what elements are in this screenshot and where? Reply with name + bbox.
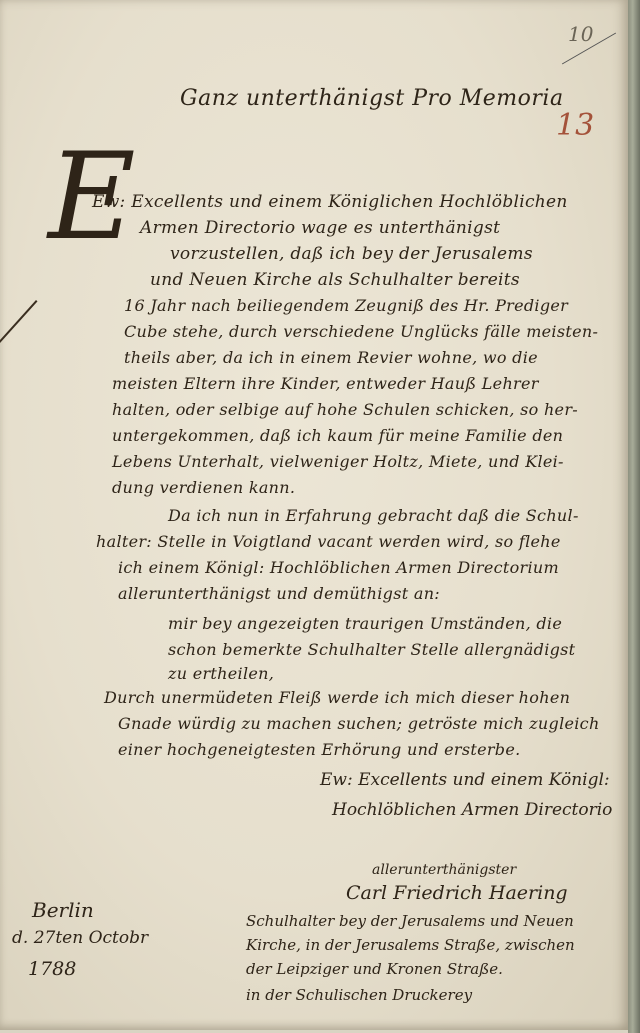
body-line: schon bemerkte Schulhalter Stelle allerg…	[168, 640, 575, 659]
body-line: allerunterthänigst und demüthigst an:	[118, 584, 440, 603]
date-day-month: d. 27ten Octobr	[12, 928, 148, 948]
date-place: Berlin	[32, 898, 94, 922]
body-line: einer hochgeneigtesten Erhörung und erst…	[118, 740, 521, 759]
body-line: meisten Eltern ihre Kinder, entweder Hau…	[112, 374, 539, 393]
binding-edge	[628, 0, 640, 1033]
date-year: 1788	[28, 958, 76, 980]
folio-number: 10	[568, 22, 593, 46]
body-line: vorzustellen, daß ich bey der Jerusalems	[170, 244, 533, 264]
signature-role-line: in der Schulischen Druckerey	[246, 986, 472, 1004]
body-line: 16 Jahr nach beiliegendem Zeugniß des Hr…	[124, 296, 568, 315]
body-line: Gnade würdig zu machen suchen; getröste …	[118, 714, 600, 733]
body-line: Lebens Unterhalt, vielweniger Holtz, Mie…	[112, 452, 564, 471]
body-line: dung verdienen kann.	[112, 478, 295, 497]
signature-role-line: Schulhalter bey der Jerusalems und Neuen	[246, 912, 574, 930]
body-line: halten, oder selbige auf hohe Schulen sc…	[112, 400, 578, 419]
closing-line: Ew: Excellents und einem Königl:	[320, 770, 610, 790]
document-title: Ganz unterthänigst Pro Memoria	[180, 86, 564, 111]
signature-formula: allerunterthänigster	[372, 862, 516, 878]
body-line: und Neuen Kirche als Schulhalter bereits	[150, 270, 520, 290]
body-line: mir bey angezeigten traurigen Umständen,…	[168, 614, 562, 633]
body-line: untergekommen, daß ich kaum für meine Fa…	[112, 426, 563, 445]
signature-role-line: Kirche, in der Jerusalems Straße, zwisch…	[246, 936, 575, 954]
body-line: zu ertheilen,	[168, 664, 274, 683]
body-line: Armen Directorio wage es unterthänigst	[140, 218, 500, 238]
closing-line: Hochlöblichen Armen Directorio	[332, 800, 612, 820]
body-line: Ew: Excellents und einem Königlichen Hoc…	[92, 192, 568, 212]
body-line: Da ich nun in Erfahrung gebracht daß die…	[168, 506, 579, 525]
body-line: theils aber, da ich in einem Revier wohn…	[124, 348, 538, 367]
signature-name: Carl Friedrich Haering	[346, 882, 568, 904]
archive-number: 13	[556, 108, 594, 143]
body-line: Durch unermüdeten Fleiß werde ich mich d…	[104, 688, 570, 707]
body-line: ich einem Königl: Hochlöblichen Armen Di…	[118, 558, 559, 577]
signature-role-line: der Leipziger und Kronen Straße.	[246, 960, 503, 978]
body-line: halter: Stelle in Voigtland vacant werde…	[96, 532, 561, 551]
body-line: Cube stehe, durch verschiedene Unglücks …	[124, 322, 598, 341]
